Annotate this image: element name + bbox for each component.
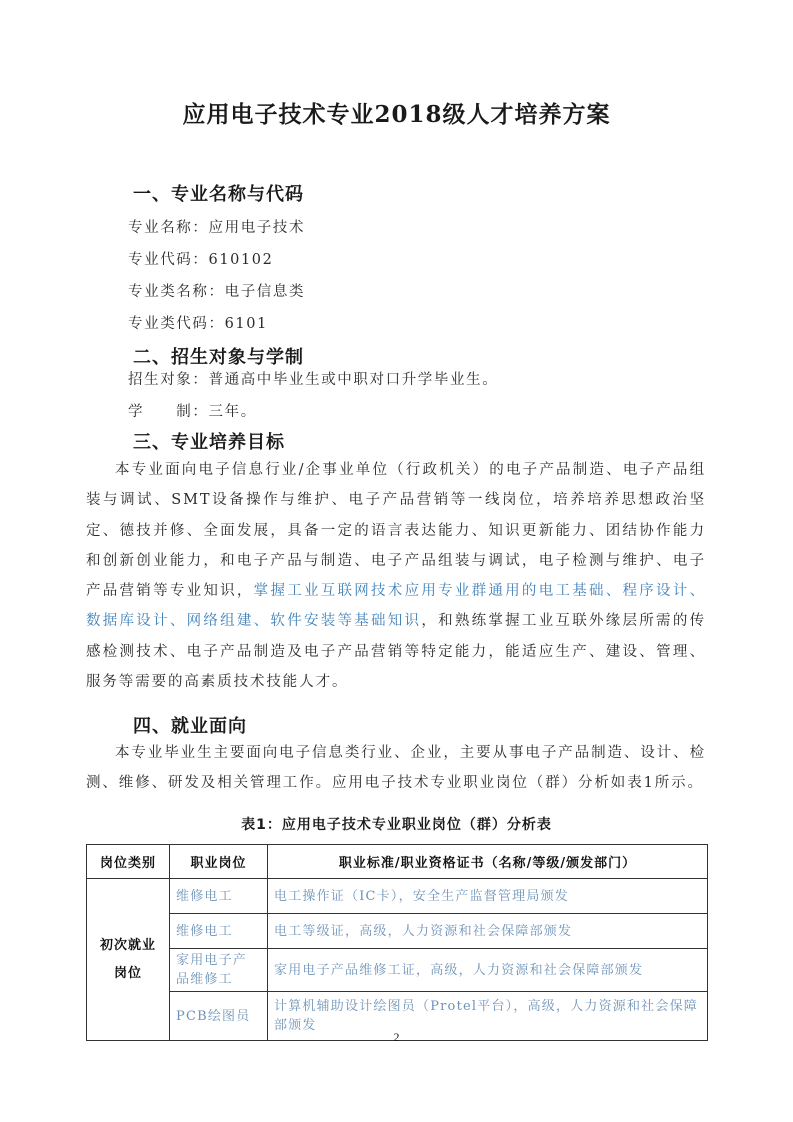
section-heading-enrollment: 二、招生对象与学制 xyxy=(133,343,304,369)
section-heading-major-code: 一、专业名称与代码 xyxy=(133,180,304,206)
header-certificate: 职业标准/职业资格证书（名称/等级/颁发部门） xyxy=(268,845,708,879)
job-position-cell: 维修电工 xyxy=(170,914,268,949)
job-category-cell: 初次就业 岗位 xyxy=(87,879,170,1041)
section-heading-employment: 四、就业面向 xyxy=(133,712,247,738)
objectives-text-part1: 本专业面向电子信息行业/企事业单位（行政机关）的电子产品制造、电子产品组装与调试… xyxy=(86,462,706,599)
certificate-cell: 家用电子产品维修工证，高级，人力资源和社会保障部颁发 xyxy=(268,949,708,992)
header-job-position: 职业岗位 xyxy=(170,845,268,879)
major-category-code-line: 专业类代码：6101 xyxy=(128,312,268,333)
major-name-line: 专业名称：应用电子技术 xyxy=(128,216,305,237)
table-row: 家用电子产品维修工 家用电子产品维修工证，高级，人力资源和社会保障部颁发 xyxy=(87,949,708,992)
certificate-cell: 电工操作证（IC卡），安全生产监督管理局颁发 xyxy=(268,879,708,914)
header-job-category: 岗位类别 xyxy=(87,845,170,879)
document-title: 应用电子技术专业2018级人才培养方案 xyxy=(0,96,793,129)
job-analysis-table: 岗位类别 职业岗位 职业标准/职业资格证书（名称/等级/颁发部门） 初次就业 岗… xyxy=(86,844,708,1041)
objectives-paragraph: 本专业面向电子信息行业/企事业单位（行政机关）的电子产品制造、电子产品组装与调试… xyxy=(86,455,706,697)
job-category-line2: 岗位 xyxy=(93,960,163,988)
study-duration-line: 学 制：三年。 xyxy=(128,400,257,421)
page-number: 2 xyxy=(0,1030,793,1045)
table-row: 维修电工 电工等级证，高级，人力资源和社会保障部颁发 xyxy=(87,914,708,949)
job-category-line1: 初次就业 xyxy=(93,932,163,960)
job-position-cell: 维修电工 xyxy=(170,879,268,914)
enrollment-target-line: 招生对象：普通高中毕业生或中职对口升学毕业生。 xyxy=(128,368,498,389)
employment-paragraph: 本专业毕业生主要面向电子信息类行业、企业，主要从事电子产品制造、设计、检测、维修… xyxy=(86,738,706,799)
major-code-line: 专业代码：610102 xyxy=(128,248,273,269)
table-row: 初次就业 岗位 维修电工 电工操作证（IC卡），安全生产监督管理局颁发 xyxy=(87,879,708,914)
major-category-name-line: 专业类名称：电子信息类 xyxy=(128,280,305,301)
job-position-cell: 家用电子产品维修工 xyxy=(170,949,268,992)
certificate-cell: 电工等级证，高级，人力资源和社会保障部颁发 xyxy=(268,914,708,949)
section-heading-objectives: 三、专业培养目标 xyxy=(133,428,285,454)
document-page: 应用电子技术专业2018级人才培养方案 一、专业名称与代码 专业名称：应用电子技… xyxy=(0,0,793,1122)
table-header-row: 岗位类别 职业岗位 职业标准/职业资格证书（名称/等级/颁发部门） xyxy=(87,845,708,879)
table-caption: 表1：应用电子技术专业职业岗位（群）分析表 xyxy=(0,814,793,834)
